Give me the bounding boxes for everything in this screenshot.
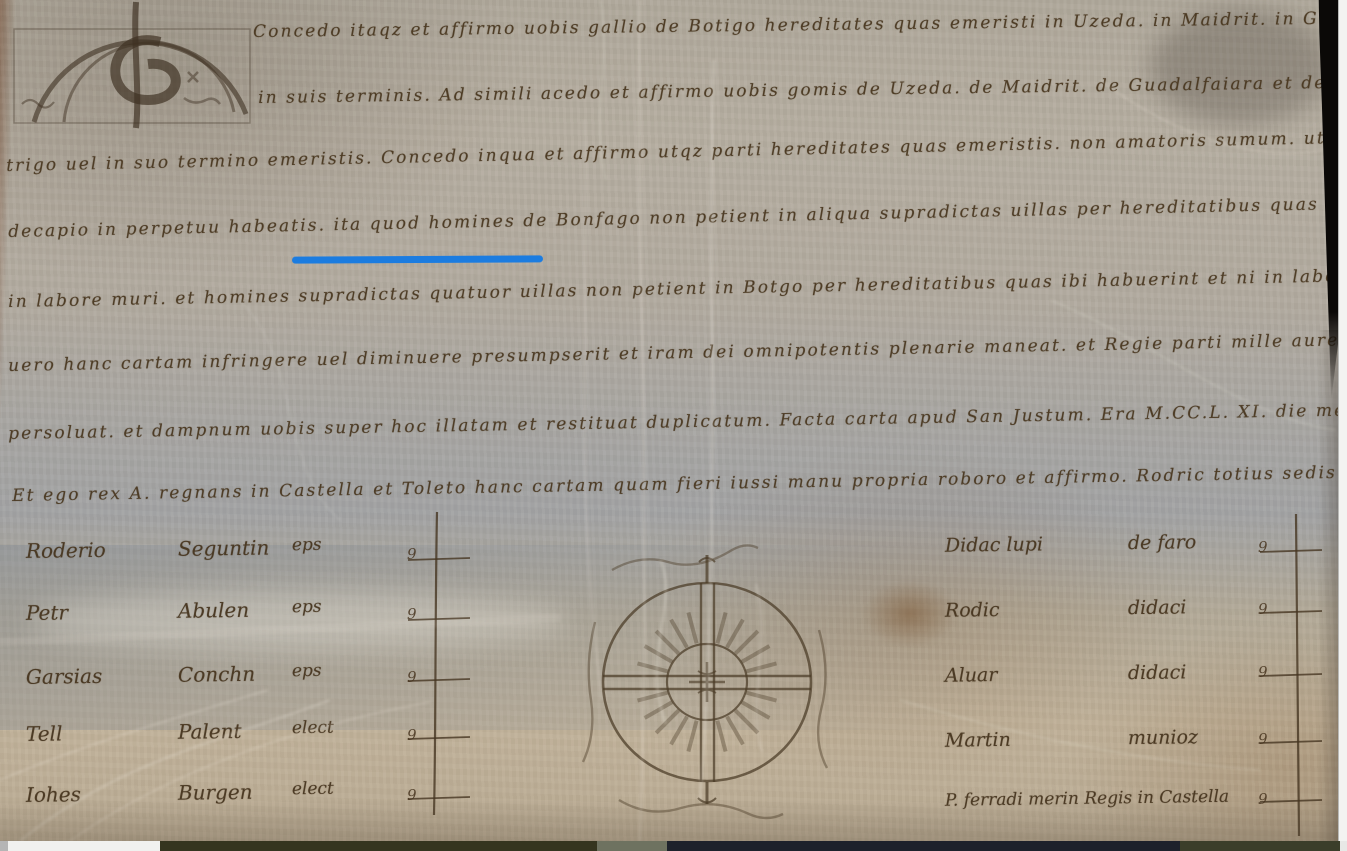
scrollbar-track[interactable] bbox=[1338, 0, 1347, 851]
taskbar-segment bbox=[8, 841, 160, 851]
taskbar-segment bbox=[160, 841, 597, 851]
taskbar-segment bbox=[1340, 841, 1347, 851]
taskbar-edge[interactable] bbox=[0, 841, 1347, 851]
annotation-underline bbox=[292, 255, 543, 263]
taskbar-segment bbox=[0, 841, 8, 851]
taskbar-segment bbox=[1180, 841, 1340, 851]
screenshot-root: Concedo itaqz et affirmo uobis gallio de… bbox=[0, 0, 1347, 851]
parchment-bottom-shadow bbox=[0, 800, 1338, 841]
taskbar-segment bbox=[597, 841, 667, 851]
taskbar-segment bbox=[667, 841, 1180, 851]
parchment-photo: Concedo itaqz et affirmo uobis gallio de… bbox=[0, 0, 1338, 841]
parchment-creases bbox=[0, 0, 1338, 841]
